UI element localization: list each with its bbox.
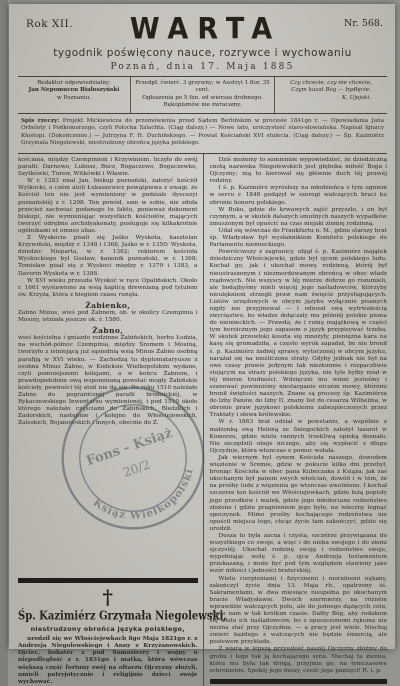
section-heading-zabienko: Żabienko,: [18, 302, 198, 309]
article-paragraph: Zabno Minus, wieś pod Żabnem, ob. w okol…: [18, 310, 198, 324]
obituary-lead-paragraph: urodził się we Włościejewkach 8go Maja 1…: [18, 636, 198, 658]
masthead-info-box: Redaktor odpowiedzialny: Jan Nepomucen B…: [18, 76, 387, 114]
article-paragraph: Z wiarą w lepszą przyszłość naszéj Ojczy…: [210, 646, 388, 658]
obituary-block: † Śp. Kazimiérz Grzymała Niegolewski, ni…: [18, 575, 198, 658]
divider-bar: [18, 578, 198, 583]
contents-text: Projekt Mickiewicza do przemówienia prze…: [21, 118, 384, 147]
masthead: Rok XII. WARTA Nr. 568. tygodnik poświęc…: [18, 8, 387, 76]
article-paragraph: Powróciwszy z zagranicy, objął ś. p. Kaz…: [210, 249, 388, 419]
contents-label: Spis rzeczy:: [21, 118, 59, 124]
article-paragraph: W Buku, gdzie do krwawych zajść przyszło…: [210, 207, 388, 228]
article-paragraph: Dziś możemy to sumiennie wypowiedzieć, ż…: [210, 157, 388, 185]
subscription-line: Przedpł. ćwierć. 3 grzywny; w Austryi 1 …: [135, 80, 270, 95]
obituary-subtitle: niestrudzony obrońca języka polskiego,: [18, 626, 198, 633]
editor-info: Redaktor odpowiedzialny: Jan Nepomucen B…: [18, 77, 130, 113]
obituary-name: Śp. Kazimiérz Grzymała Niegolewski,: [18, 607, 198, 626]
article-paragraph: Udał się wówczas do Frankfurtu n. M., gd…: [210, 228, 388, 249]
article-paragraph: wieś kościelna i gniazdo rodzinne Żabińs…: [18, 335, 198, 427]
issue-number: Nr. 568.: [344, 18, 387, 29]
article-paragraph: W XVI wieku przeszła Wyskoć w ręce Opali…: [18, 278, 198, 299]
contents-summary: Spis rzeczy: Projekt Mickiewicza do prze…: [18, 114, 387, 154]
article-paragraph: Jak wiernym był synem Kościoła naszego, …: [210, 455, 388, 533]
motto: Czy chcecie, czy nie chcecie, Czym kazał…: [275, 77, 387, 113]
article-paragraph: kościana, między Czempiniem i Krzywiniem…: [18, 157, 198, 178]
article-columns: kościana, między Czempiniem i Krzywiniem…: [18, 154, 387, 643]
article-paragraph: W r. 1863 brał udział w powstaniu, a wsp…: [210, 419, 388, 454]
subscription-info: Przedpł. ćwierć. 3 grzywny; w Austryi 1 …: [130, 77, 275, 113]
newspaper-title: WARTA: [124, 13, 281, 46]
masthead-title-row: Rok XII. WARTA Nr. 568.: [18, 14, 387, 45]
article-paragraph: Dusza to była zacna i czysta, szczérze p…: [210, 533, 388, 576]
dateline: Poznań, dnia 17. Maja 1885: [18, 62, 387, 76]
newspaper-subtitle: tygodnik poświęcony nauce, rozrywce i wy…: [18, 47, 387, 59]
memorial-cross-icon: †: [18, 586, 198, 608]
motto-author: K. Ujejski.: [279, 95, 383, 102]
section-heading-zabno: Żabno,: [18, 327, 198, 334]
newspaper-page: Rok XII. WARTA Nr. 568. tygodnik poświęc…: [9, 4, 395, 649]
right-column: Dziś możemy to sumiennie wypowiedzieć, ż…: [203, 154, 388, 658]
manuscripts-line: Rękopismów nie zwracamy.: [135, 102, 270, 109]
editor-city: w Poznaniu.: [22, 95, 126, 102]
editor-line: Redaktor odpowiedzialny:: [22, 80, 126, 87]
article-paragraph: Z Wyskocia pisali się Jaśko Wyskota, kas…: [18, 235, 198, 278]
article-paragraph: W r. 1283 miał Jan, biskup poznański, za…: [18, 178, 198, 235]
article-paragraph: Wielu cierpieniami i fizycznemi i moraln…: [210, 576, 388, 647]
motto-line: Czym kazał Bóg — bydlęcie.: [279, 87, 383, 94]
editor-name: Jan Nepomucen Białoszyński: [22, 87, 126, 94]
article-paragraph: I ś. p. Kazimiérz wyrósłszy na młodzieńc…: [210, 185, 388, 206]
left-column: kościana, między Czempiniem i Krzywiniem…: [18, 154, 203, 658]
volume-label: Rok XII.: [18, 18, 73, 30]
